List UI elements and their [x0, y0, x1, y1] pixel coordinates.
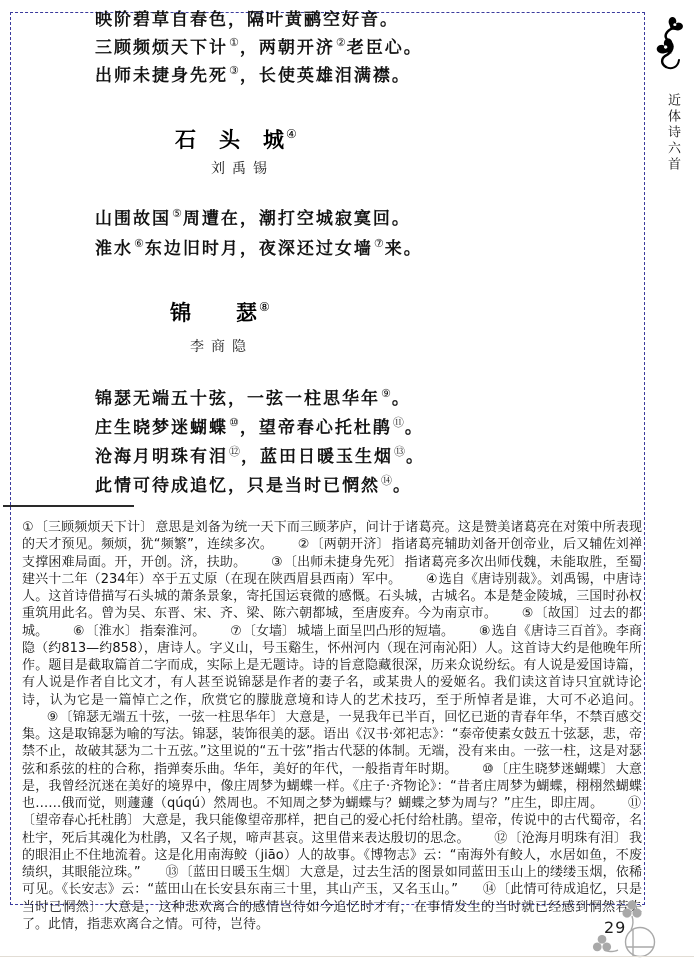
footnote-ref: ⑭ [381, 474, 392, 487]
poem-line: 出师未捷身先死③，长使英雄泪满襟。 [95, 64, 423, 92]
footnote-marker: ⑧ [479, 624, 491, 639]
footnote-ref: ② [336, 36, 346, 49]
poem-author-li-shangyin: 李商隐 [190, 336, 253, 356]
footnote-ref: ① [229, 36, 239, 49]
poem-lines-stone-city: 山围故国⑤周遭在，潮打空城寂寞回。淮水⑥东边旧时月，夜深还过女墙⑦来。 [95, 207, 423, 267]
poem-line: 此情可待成追忆，只是当时已惘然⑭。 [95, 474, 425, 503]
poem-lines-jinse: 锦瑟无端五十弦，一弦一柱思华年⑨。庄生晓梦迷蝴蝶⑩，望帝春心托杜鹃⑪。沧海月明珠… [95, 387, 425, 503]
footnote-term: 〔庄生晓梦迷蝴蝶〕 [495, 762, 614, 777]
footnote-marker: ⑤ [522, 606, 534, 621]
poem-line: 三顾频烦天下计①，两朝开济②老臣心。 [95, 36, 423, 64]
dufu-poem-fragment: 映阶碧草自春色，隔叶黄鹂空好音。三顾频烦天下计①，两朝开济②老臣心。出师未捷身先… [95, 8, 423, 92]
footnote-term: 〔望帝春心托杜鹃〕 [22, 813, 140, 828]
footnotes-block: ①〔三顾频烦天下计〕意思是刘备为统一天下而三顾茅庐，问计于诸葛亮。这是赞美诸葛亮… [22, 519, 642, 933]
footnote-ref: ⑨ [381, 387, 391, 400]
poem-line: 庄生晓梦迷蝴蝶⑩，望帝春心托杜鹃⑪。 [95, 416, 425, 445]
footnote-term: 〔出师未捷身先死〕 [284, 555, 403, 570]
footnote-marker: ⑦ [230, 624, 242, 639]
footnote-ref: ⑪ [393, 416, 404, 429]
floral-scroll-icon [652, 12, 690, 70]
footnote-ref: ⑧ [259, 300, 270, 314]
footnote-marker: ⑥ [73, 624, 85, 639]
poem-line: 映阶碧草自春色，隔叶黄鹂空好音。 [95, 8, 423, 36]
footnote-marker: ① [22, 520, 34, 535]
footnote-marker: ⑬ [165, 865, 178, 880]
poem-title-stone-city: 石 头 城④ [175, 124, 298, 154]
footnote-marker: ⑪ [628, 796, 641, 811]
page-bottom-edge [0, 956, 694, 957]
poem-line: 山围故国⑤周遭在，潮打空城寂寞回。 [95, 207, 423, 237]
textbook-page: { "page": { "side_label": "近体诗六首", "page… [0, 0, 694, 963]
poem-line: 沧海月明珠有泪⑫，蓝田日暖玉生烟⑬。 [95, 445, 425, 474]
footnote-term: 〔三顾频烦天下计〕 [35, 520, 153, 535]
footnote-ref: ⑫ [229, 445, 240, 458]
poem-line: 淮水⑥东边旧时月，夜深还过女墙⑦来。 [95, 237, 423, 267]
footnote-ref: ⑥ [134, 237, 144, 250]
footnote-term: 〔蓝田日暖玉生烟〕 [180, 865, 298, 880]
footnote: ⑦〔女墙〕城墙上面呈凹凸形的短墙。 [230, 624, 454, 639]
footnote-marker: ⑭ [483, 882, 496, 897]
footnote-marker: ④ [426, 572, 438, 587]
poem-title-jinse: 锦 瑟⑧ [170, 297, 271, 327]
page-number-flourish-icon [588, 900, 666, 960]
chapter-side-label: 近体诗六首 [663, 93, 682, 173]
footnote-term: 〔沧海月明珠有泪〕 [508, 831, 626, 846]
footnote-marker: ③ [271, 555, 283, 570]
footnote-marker: ⑨ [47, 710, 59, 725]
footnote-term: 〔锦瑟无端五十弦，一弦一柱思华年〕 [60, 710, 284, 725]
footnote-ref: ⑬ [394, 445, 405, 458]
footnote-marker: ⑫ [494, 831, 507, 846]
footnote-ref: ③ [229, 64, 239, 77]
page-number: 29 [604, 918, 626, 937]
footnote: ⑥〔淮水〕指秦淮河。 [73, 624, 206, 639]
poem-line: 锦瑟无端五十弦，一弦一柱思华年⑨。 [95, 387, 425, 416]
footnote-ref: ⑦ [374, 237, 384, 250]
footnote-term: 〔故国〕 [535, 606, 588, 621]
footnote-ref: ④ [286, 127, 297, 141]
footnote-term: 〔淮水〕 [86, 624, 138, 639]
footnote-term: 〔两朝开济〕 [311, 537, 390, 552]
footnote-separator [3, 505, 134, 507]
footnote-marker: ⑩ [482, 762, 494, 777]
poem-author-liu-yuxi: 刘禹锡 [211, 158, 274, 178]
footnote-term: 〔女墙〕 [243, 624, 295, 639]
footnote-marker: ② [298, 537, 310, 552]
footnote-ref: ⑩ [229, 416, 239, 429]
footnote-ref: ⑤ [172, 207, 182, 220]
